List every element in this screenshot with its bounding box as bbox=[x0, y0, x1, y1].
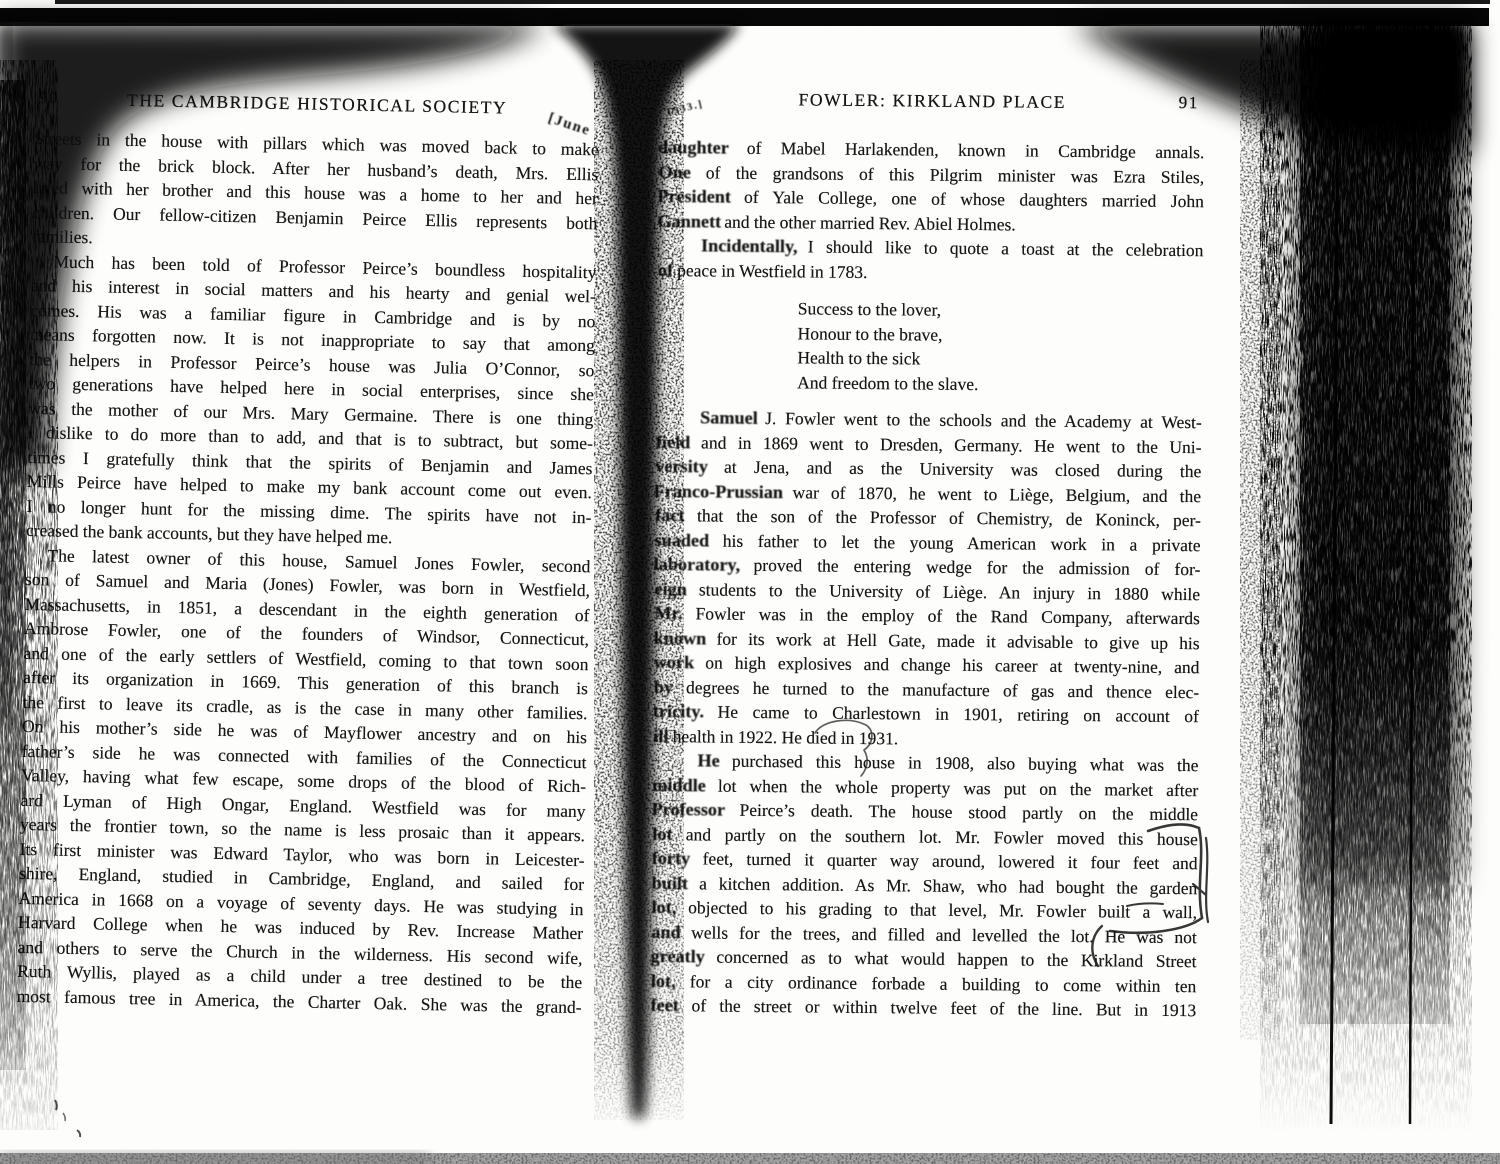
smudged-word: Franco-Prussian bbox=[653, 478, 783, 504]
right-page-number: 91 bbox=[1179, 93, 1199, 113]
right-band-core bbox=[1300, 24, 1450, 1024]
smudged-word: suaded bbox=[654, 527, 709, 552]
top-black-bar bbox=[0, 8, 1489, 26]
left-page: 90 THE CAMBRIDGE HISTORICAL SOCIETY [Jun… bbox=[16, 84, 599, 1019]
smudged-word: ill bbox=[653, 723, 668, 748]
smudged-word: greatly bbox=[650, 944, 704, 969]
text-line: feet of the street or within twelve feet… bbox=[651, 993, 1196, 1023]
paragraph: daughter of Mabel Harlakenden, known in … bbox=[659, 135, 1205, 238]
stray-fleck-3 bbox=[77, 1130, 80, 1137]
pen-bracket-vertical bbox=[1199, 828, 1202, 918]
smudged-word: He bbox=[675, 748, 720, 773]
text-line: laboratory, proved the entering wedge fo… bbox=[655, 552, 1200, 582]
smudged-word: built bbox=[652, 870, 689, 895]
smudged-word: Incidentally, bbox=[678, 233, 798, 259]
right-page: 1933.] FOWLER: KIRKLAND PLACE 91 daughte… bbox=[651, 84, 1205, 1023]
smudged-word: and bbox=[651, 919, 681, 944]
right-band-underlay bbox=[1300, 24, 1462, 884]
paragraph: Samuel J. Fowler went to the schools and… bbox=[654, 405, 1202, 753]
paragraph: The latest owner of this house, Samuel J… bbox=[16, 542, 590, 1019]
top-edge-line bbox=[55, 0, 1490, 4]
right-band-line-a bbox=[1331, 26, 1338, 1124]
bottom-gray-bar bbox=[0, 1153, 1500, 1164]
right-running-head: 1933.] FOWLER: KIRKLAND PLACE 91 bbox=[660, 84, 1205, 131]
text-line: Franco-Prussian war of 1870, he went to … bbox=[656, 478, 1201, 508]
text-line: Success to the lover, bbox=[798, 296, 1203, 324]
text-line: Health to the sick bbox=[797, 345, 1202, 373]
smudged-word: by bbox=[654, 674, 673, 699]
stray-fleck-1 bbox=[55, 1100, 57, 1110]
smudged-word: field bbox=[656, 429, 691, 454]
smudged-word: middle bbox=[652, 772, 706, 797]
bottom-bar-texture bbox=[0, 1153, 1500, 1164]
smudged-word: lot bbox=[652, 821, 672, 846]
right-band-fringe bbox=[1240, 60, 1280, 1040]
verse-block: Success to the lover,Honour to the brave… bbox=[797, 296, 1203, 398]
smudged-word: tricity. bbox=[653, 699, 704, 724]
smudged-word: President bbox=[657, 184, 731, 209]
right-band-speckle bbox=[1260, 24, 1472, 1130]
smudged-word: of bbox=[658, 257, 673, 282]
left-running-title: THE CAMBRIDGE HISTORICAL SOCIETY bbox=[34, 84, 599, 120]
right-band-corner bbox=[1325, 24, 1465, 119]
left-page-number: 90 bbox=[39, 88, 60, 108]
stray-fleck-2 bbox=[63, 1113, 65, 1121]
smudged-word: Professor bbox=[652, 797, 726, 822]
smudged-word: lot, bbox=[651, 968, 676, 993]
smudged-word: lot, bbox=[652, 895, 677, 920]
smudged-word: forty bbox=[652, 846, 691, 871]
text-line: Incidentally, I should like to quote a t… bbox=[658, 233, 1203, 263]
smudged-word: fact bbox=[655, 503, 685, 528]
right-running-title: FOWLER: KIRKLAND PLACE bbox=[660, 84, 1205, 114]
smudged-word: laboratory, bbox=[654, 552, 741, 577]
smudged-word: known bbox=[654, 625, 707, 650]
smudged-word: versity bbox=[655, 454, 708, 479]
left-page-text: Streets in the house with pillars which … bbox=[16, 126, 599, 1019]
right-band-line-b bbox=[1410, 26, 1414, 1124]
bottom-bar-dark-left bbox=[0, 1153, 430, 1164]
smudged-word: eign bbox=[654, 576, 687, 601]
paragraph: Much has been told of Professor Peirce’s… bbox=[26, 248, 597, 553]
paragraph: Streets in the house with pillars which … bbox=[32, 126, 599, 260]
smudged-word: One bbox=[658, 159, 691, 184]
paragraph: He purchased this house in 1908, also bu… bbox=[651, 748, 1199, 1023]
smudged-word: Gannett bbox=[657, 208, 721, 233]
paragraph: Incidentally, I should like to quote a t… bbox=[658, 233, 1203, 287]
text-line: And freedom to the slave. bbox=[797, 370, 1202, 398]
smudged-word: work bbox=[654, 650, 695, 675]
left-edge-sliver bbox=[0, 26, 10, 726]
smudged-word: Samuel bbox=[677, 405, 758, 430]
smudged-word: Mr. bbox=[654, 601, 682, 626]
pen-bracket-vertical-2 bbox=[1206, 838, 1208, 922]
smudged-word: feet bbox=[650, 993, 679, 1018]
smudged-word: daughter bbox=[658, 135, 729, 160]
text-line: Samuel J. Fowler went to the schools and… bbox=[657, 405, 1202, 435]
right-page-text: daughter of Mabel Harlakenden, known in … bbox=[651, 135, 1204, 1023]
